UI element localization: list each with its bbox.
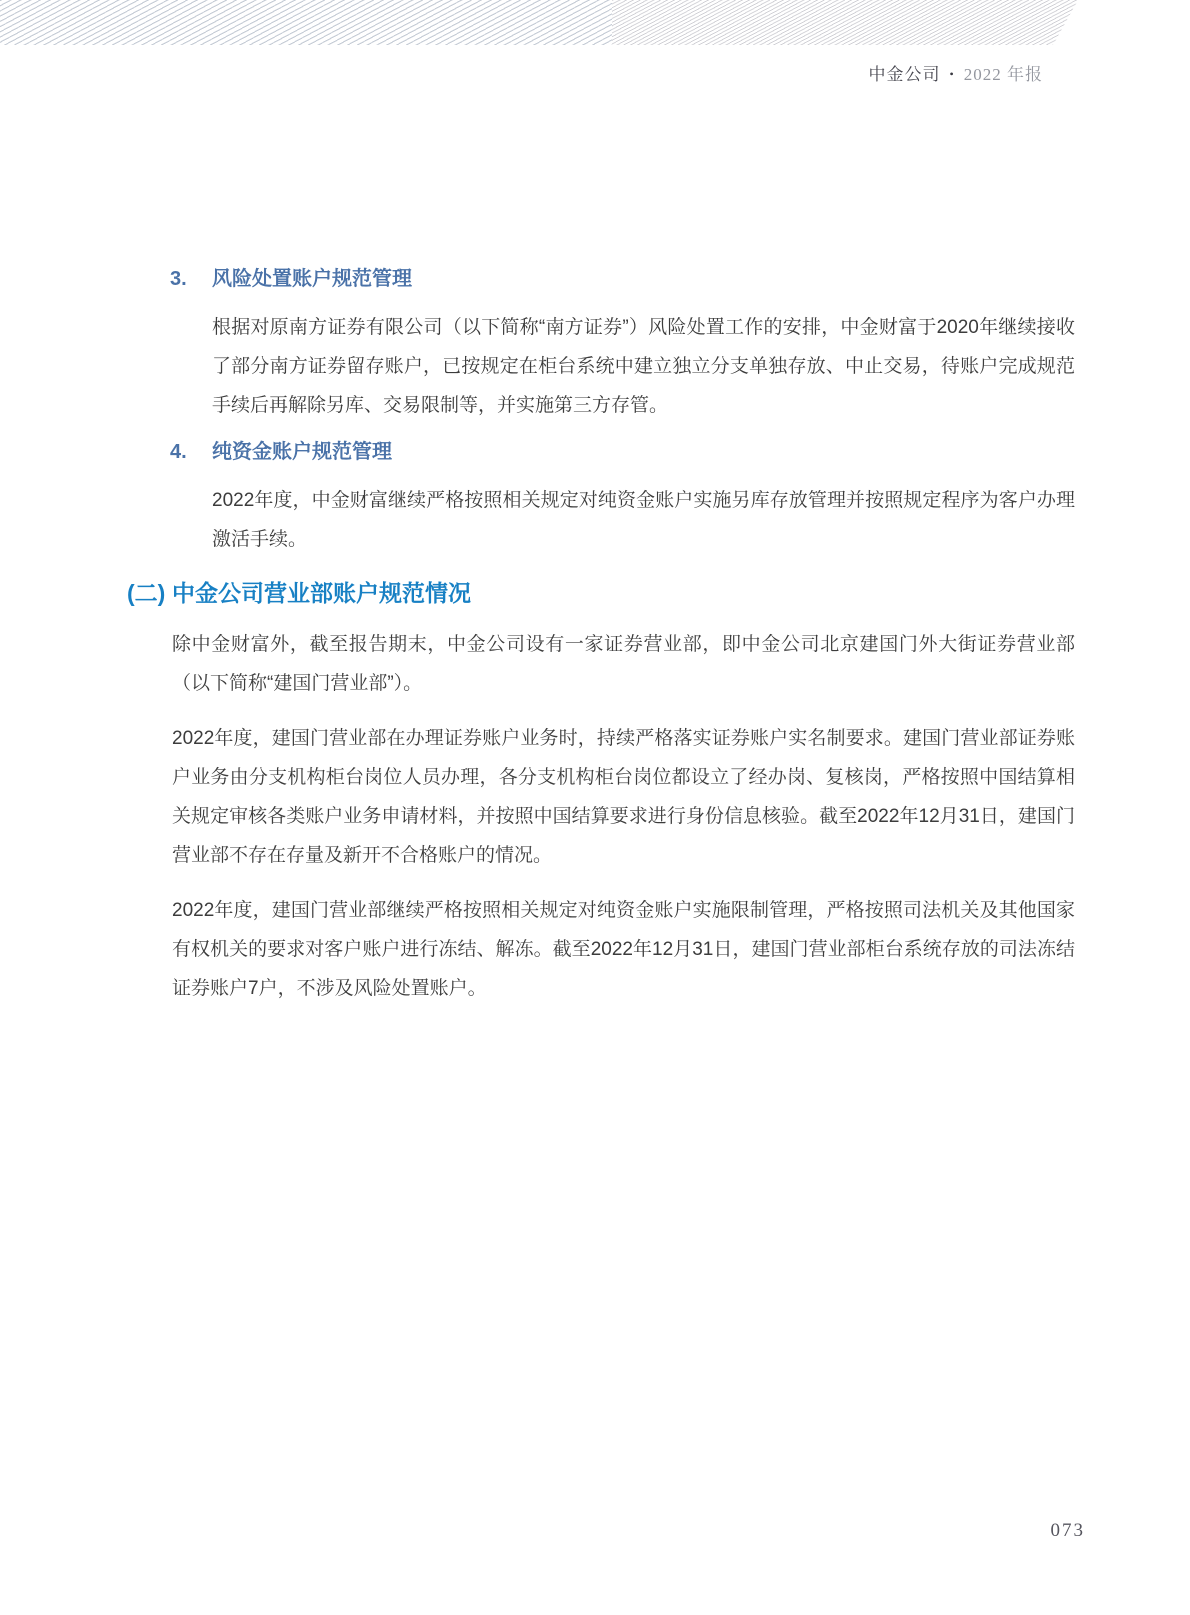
- hatch-pattern-left: [0, 0, 612, 45]
- section-4-paragraph: 2022年度，中金财富继续严格按照相关规定对纯资金账户实施另库存放管理并按照规定…: [212, 481, 1075, 559]
- section-3-heading: 3. 风险处置账户规范管理: [170, 266, 1190, 292]
- edition-label: 2022 年报: [964, 65, 1043, 84]
- section-3-paragraph: 根据对原南方证券有限公司（以下简称“南方证券”）风险处置工作的安排，中金财富于2…: [212, 308, 1075, 425]
- section-4-number: 4.: [170, 439, 212, 465]
- brand-name: 中金公司: [869, 65, 941, 84]
- page-number: 073: [1051, 1520, 1086, 1542]
- page-content: 3. 风险处置账户规范管理 根据对原南方证券有限公司（以下简称“南方证券”）风险…: [0, 266, 1190, 1008]
- header-hatch-decoration: [0, 0, 1078, 45]
- hatch-pattern-right: [612, 0, 1078, 45]
- document-page: 中金公司•2022 年报 3. 风险处置账户规范管理 根据对原南方证券有限公司（…: [0, 0, 1190, 1615]
- subsection-2-heading: (二) 中金公司营业部账户规范情况: [127, 579, 1190, 607]
- subsection-2-paragraph-3: 2022年度，建国门营业部继续严格按照相关规定对纯资金账户实施限制管理，严格按照…: [172, 891, 1075, 1008]
- subsection-2-title: 中金公司营业部账户规范情况: [172, 579, 471, 607]
- subsection-2-paragraph-1: 除中金财富外，截至报告期末，中金公司设有一家证券营业部，即中金公司北京建国门外大…: [172, 625, 1075, 703]
- section-4-heading: 4. 纯资金账户规范管理: [170, 439, 1190, 465]
- subsection-2-paragraph-2: 2022年度，建国门营业部在办理证券账户业务时，持续严格落实证券账户实名制要求。…: [172, 719, 1075, 875]
- section-3-number: 3.: [170, 266, 212, 292]
- section-3-title: 风险处置账户规范管理: [212, 266, 412, 292]
- subsection-2-number: (二): [127, 579, 172, 607]
- section-4-title: 纯资金账户规范管理: [212, 439, 392, 465]
- separator-dot-icon: •: [950, 67, 955, 82]
- running-head: 中金公司•2022 年报: [869, 60, 1043, 85]
